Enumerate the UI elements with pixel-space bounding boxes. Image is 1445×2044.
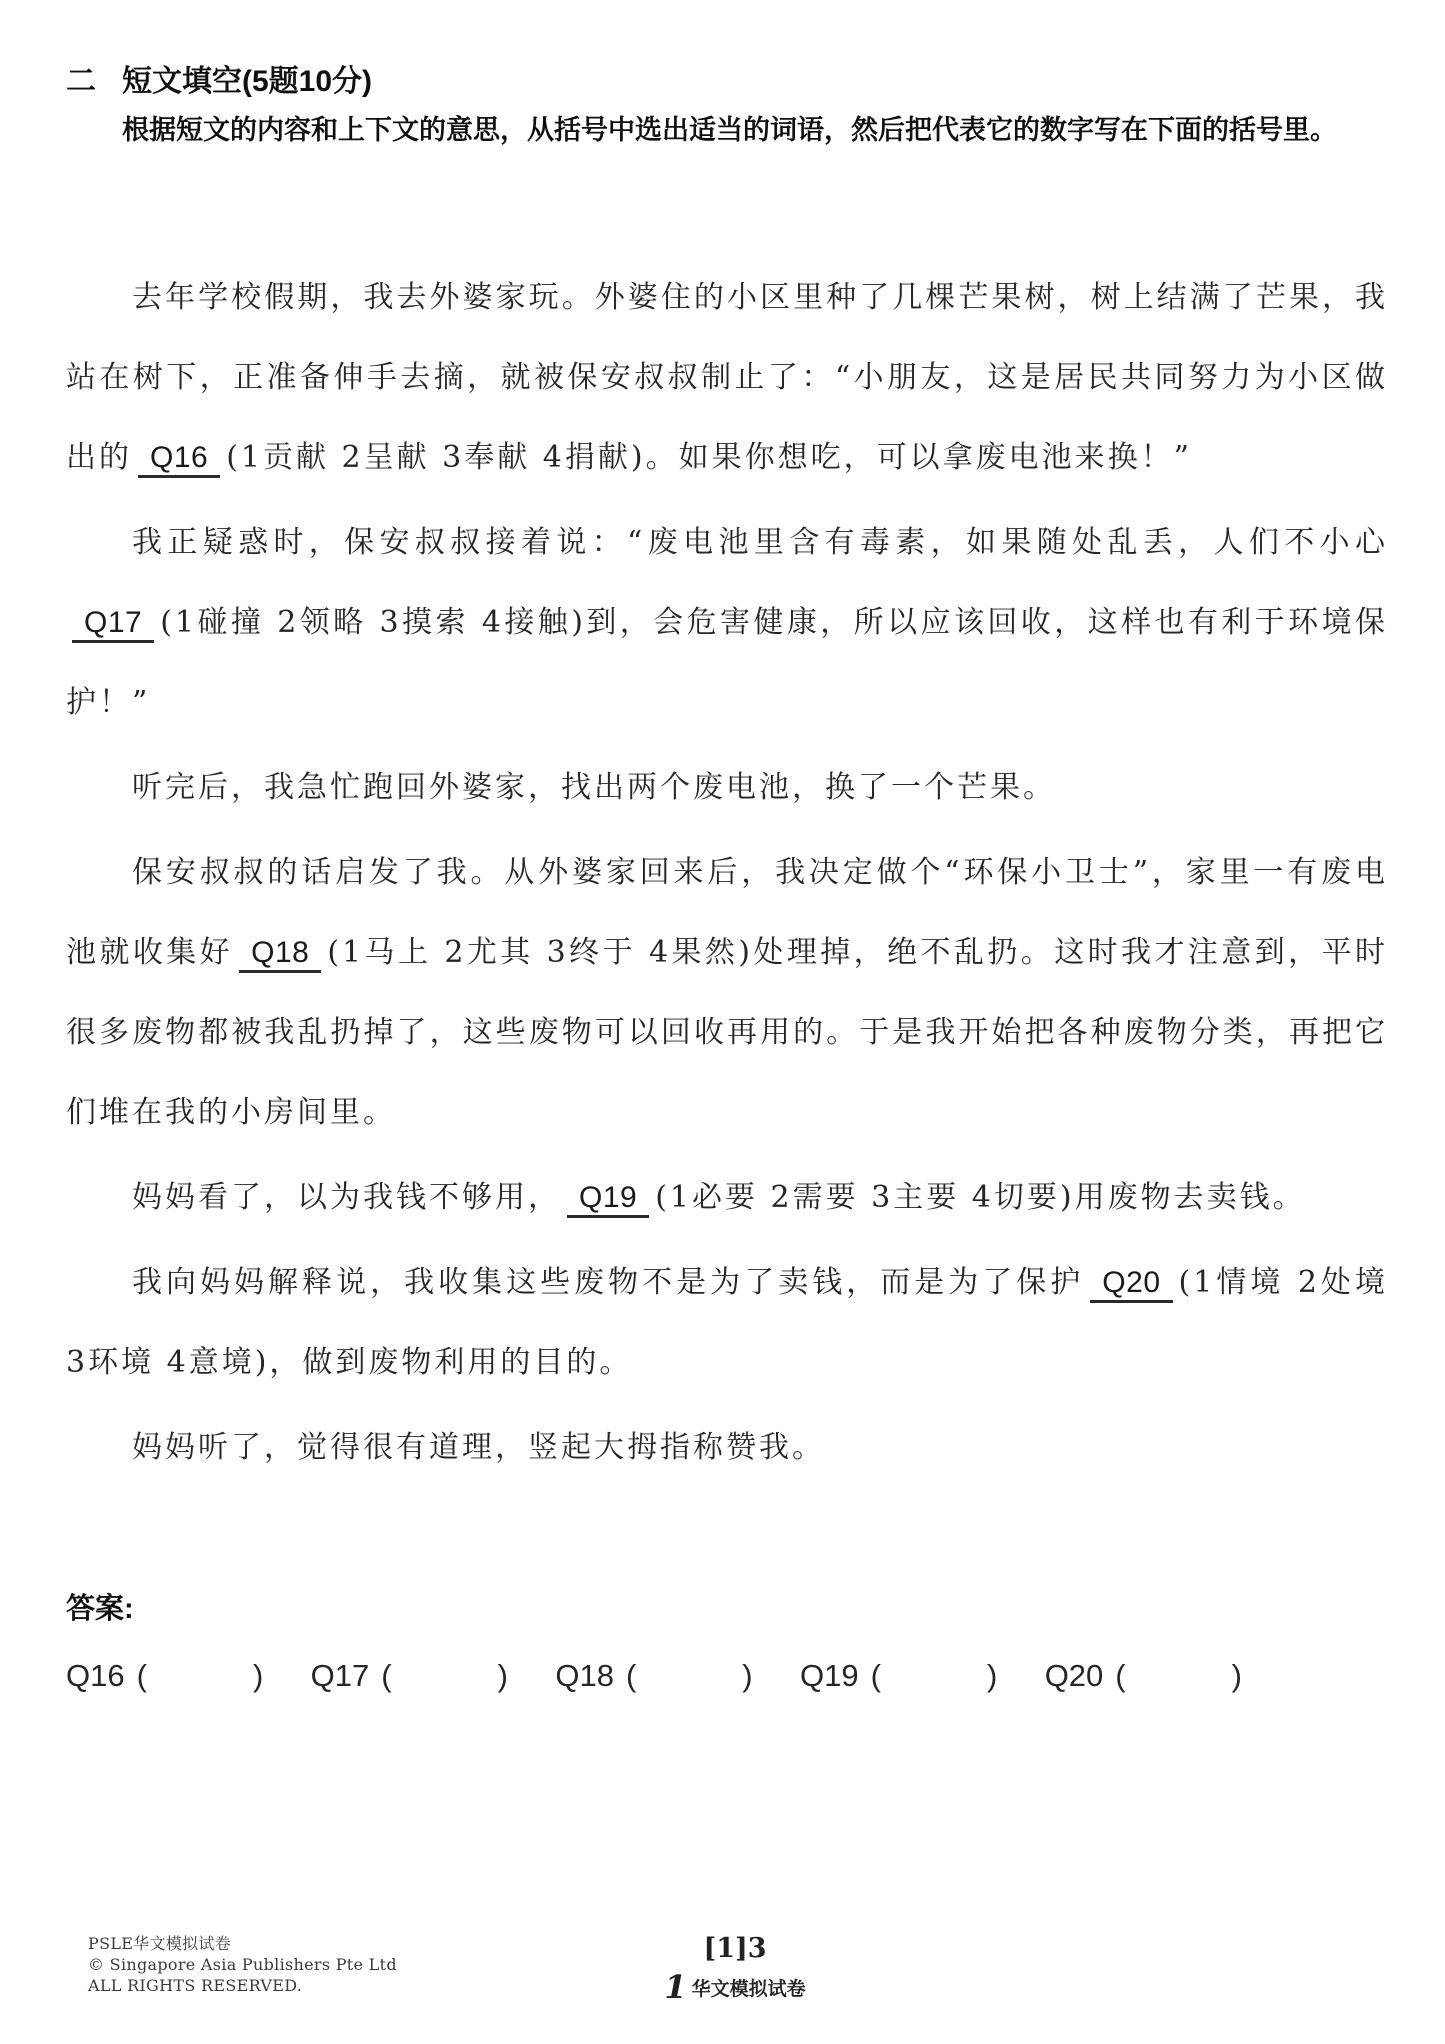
essay-paragraph-3: 听完后，我急忙跑回外婆家，找出两个废电池，换了一个芒果。 [66, 748, 1388, 828]
essay-paragraph-1: 去年学校假期，我去外婆家玩。外婆住的小区里种了几棵芒果树，树上结满了芒果，我站在… [66, 258, 1388, 498]
close-paren: ) [742, 1658, 752, 1694]
blank-q17: Q17 [72, 606, 154, 643]
close-paren: ) [1232, 1658, 1242, 1694]
essay-body: 去年学校假期，我去外婆家玩。外婆住的小区里种了几棵芒果树，树上结满了芒果，我站在… [66, 258, 1388, 1493]
essay-paragraph-4: 保安叔叔的话启发了我。从外婆家回来后，我决定做个“环保小卫士”，家里一有废电池就… [66, 833, 1388, 1153]
blank-q20: Q20 [1090, 1266, 1172, 1303]
open-paren: ( [381, 1658, 391, 1694]
paragraph-text: 妈妈看了，以为我钱不够用， [132, 1180, 561, 1215]
close-paren: ) [987, 1658, 997, 1694]
blank-q18: Q18 [239, 936, 321, 973]
essay-paragraph-6: 我向妈妈解释说，我收集这些废物不是为了卖钱，而是为了保护Q20(1情境 2处境 … [66, 1243, 1388, 1403]
close-paren: ) [253, 1658, 263, 1694]
close-paren: ) [498, 1658, 508, 1694]
open-paren: ( [871, 1658, 881, 1694]
paragraph-text: (1贡献 2呈献 3奉献 4捐献)。如果你想吃，可以拿废电池来换！” [226, 440, 1192, 475]
imprint-series-title: PSLE华文模拟试卷 [88, 1933, 397, 1954]
essay-paragraph-5: 妈妈看了，以为我钱不够用，Q19(1必要 2需要 3主要 4切要)用废物去卖钱。 [66, 1158, 1388, 1238]
section-header: 二 短文填空(5题10分) [66, 56, 1385, 100]
answer-q-label: Q17 [311, 1658, 370, 1694]
logo-title: 华文模拟试卷 [692, 1978, 806, 2000]
open-paren: ( [1115, 1658, 1125, 1694]
answer-q-label: Q20 [1045, 1658, 1104, 1694]
blank-q16: Q16 [138, 441, 220, 478]
paragraph-text: (1必要 2需要 3主要 4切要)用废物去卖钱。 [655, 1180, 1305, 1215]
series-logo: 1华文模拟试卷 [620, 1968, 850, 2006]
exam-page: 二 短文填空(5题10分) 根据短文的内容和上下文的意思，从括号中选出适当的词语… [0, 0, 1445, 2044]
answer-q-label: Q16 [66, 1658, 125, 1694]
answer-q-label: Q18 [555, 1658, 614, 1694]
answers-row: Q16 ( ) Q17 ( ) Q18 ( ) Q19 ( ) Q20 ( ) [66, 1658, 1242, 1694]
imprint-rights: ALL RIGHTS RESERVED. [88, 1975, 397, 1996]
open-paren: ( [626, 1658, 636, 1694]
answer-slot-q17: Q17 ( ) [311, 1658, 508, 1694]
answer-slot-q18: Q18 ( ) [555, 1658, 752, 1694]
blank-q19: Q19 [567, 1181, 649, 1218]
answer-q-label: Q19 [800, 1658, 859, 1694]
logo-numeral: 1 [664, 1968, 686, 2006]
instructions-text: 根据短文的内容和上下文的意思，从括号中选出适当的词语，然后把代表它的数字写在下面… [122, 110, 1388, 151]
paragraph-text: (1碰撞 2领略 3摸索 4接触)到，会危害健康，所以应该回收，这样也有利于环境… [66, 605, 1388, 720]
footer-center: [1]3 1华文模拟试卷 [620, 1933, 850, 2006]
paragraph-text: 听完后，我急忙跑回外婆家，找出两个废电池，换了一个芒果。 [132, 770, 1056, 805]
publisher-imprint: PSLE华文模拟试卷 © Singapore Asia Publishers P… [88, 1933, 397, 1996]
essay-paragraph-2: 我正疑惑时，保安叔叔接着说：“废电池里含有毒素，如果随处乱丢，人们不小心Q17(… [66, 503, 1388, 743]
paragraph-text: 妈妈听了，觉得很有道理，竖起大拇指称赞我。 [132, 1430, 825, 1465]
open-paren: ( [137, 1658, 147, 1694]
section-title: 短文填空(5题10分) [122, 56, 372, 100]
paragraph-text: 我正疑惑时，保安叔叔接着说：“废电池里含有毒素，如果随处乱丢，人们不小心 [132, 525, 1388, 560]
answer-slot-q16: Q16 ( ) [66, 1658, 263, 1694]
page-number: [1]3 [620, 1933, 850, 1964]
paragraph-text: 我向妈妈解释说，我收集这些废物不是为了卖钱，而是为了保护 [132, 1265, 1084, 1300]
imprint-copyright: © Singapore Asia Publishers Pte Ltd [88, 1954, 397, 1975]
answer-slot-q20: Q20 ( ) [1045, 1658, 1242, 1694]
answers-label: 答案: [66, 1586, 134, 1627]
section-number: 二 [66, 56, 122, 100]
essay-paragraph-7: 妈妈听了，觉得很有道理，竖起大拇指称赞我。 [66, 1408, 1388, 1488]
answer-slot-q19: Q19 ( ) [800, 1658, 997, 1694]
